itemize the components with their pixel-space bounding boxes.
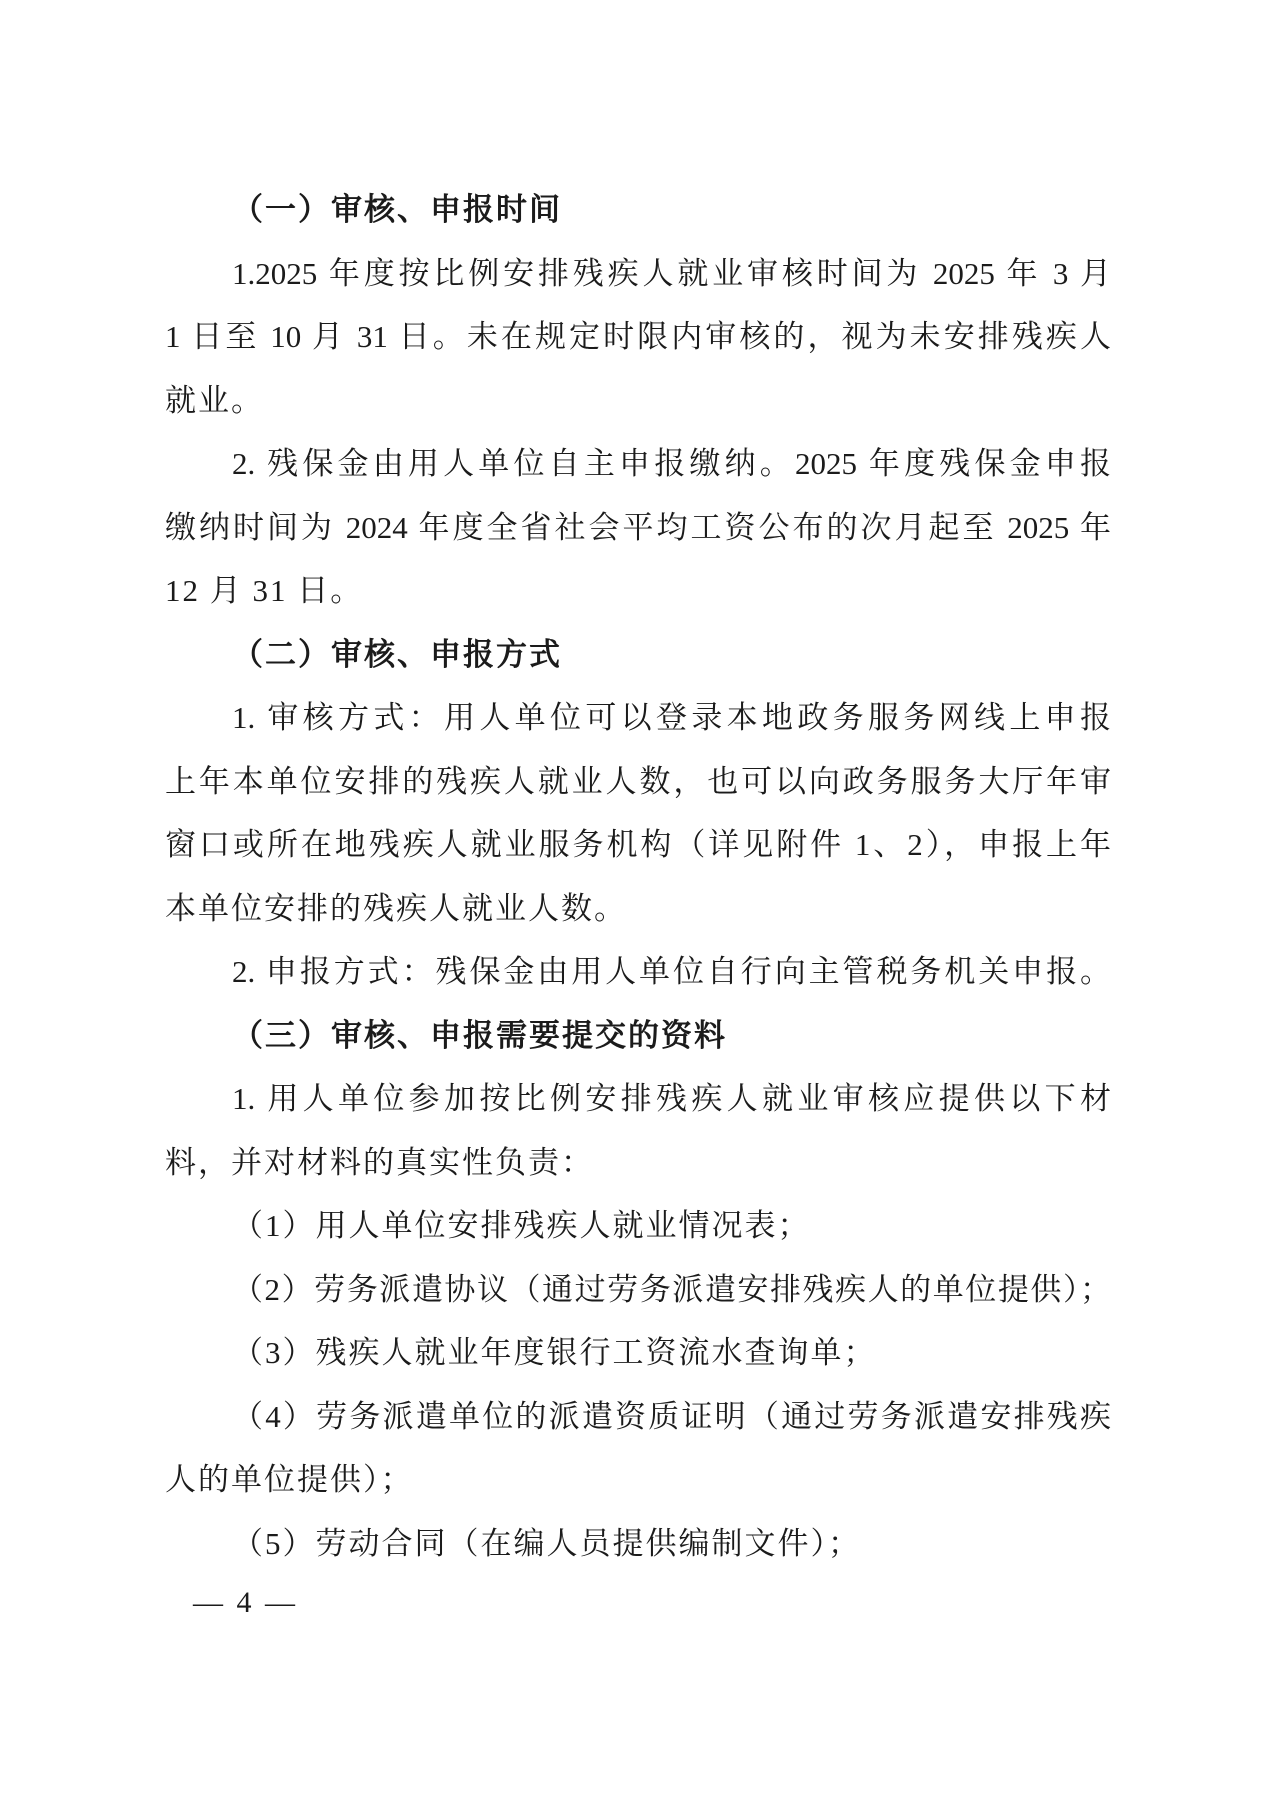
heading-review-reporting-time: （一）审核、申报时间 xyxy=(165,178,1111,242)
para-materials-intro-line-1: 1. 用人单位参加按比例安排残疾人就业审核应提供以下材 xyxy=(165,1067,1111,1131)
list-item-4-line-2: 人的单位提供）； xyxy=(165,1448,1111,1512)
para-audit-time-line-1: 1.2025 年度按比例安排残疾人就业审核时间为 2025 年 3 月 xyxy=(165,242,1111,306)
list-item-4-line-1: （4）劳务派遣单位的派遣资质证明（通过劳务派遣安排残疾 xyxy=(165,1385,1111,1449)
list-item-5: （5）劳动合同（在编人员提供编制文件）； xyxy=(165,1512,1111,1576)
heading-review-reporting-method: （二）审核、申报方式 xyxy=(165,623,1111,687)
page-number: — 4 — xyxy=(193,1571,298,1635)
para-audit-method-line-1: 1. 审核方式：用人单位可以登录本地政务服务网线上申报 xyxy=(165,686,1111,750)
para-audit-time-line-3: 就业。 xyxy=(165,369,1111,433)
para-audit-method-line-3: 窗口或所在地残疾人就业服务机构（详见附件 1、2），申报上年 xyxy=(165,813,1111,877)
para-audit-time-line-2: 1 日至 10 月 31 日。未在规定时限内审核的，视为未安排残疾人 xyxy=(165,305,1111,369)
para-fund-declare-line-2: 缴纳时间为 2024 年度全省社会平均工资公布的次月起至 2025 年 xyxy=(165,496,1111,560)
list-item-1: （1）用人单位安排残疾人就业情况表； xyxy=(165,1194,1111,1258)
para-fund-declare-line-1: 2. 残保金由用人单位自主申报缴纳。2025 年度残保金申报 xyxy=(165,432,1111,496)
list-item-2: （2）劳务派遣协议（通过劳务派遣安排残疾人的单位提供）； xyxy=(165,1258,1111,1322)
para-declare-method: 2. 申报方式：残保金由用人单位自行向主管税务机关申报。 xyxy=(165,940,1111,1004)
document-page: （一）审核、申报时间 1.2025 年度按比例安排残疾人就业审核时间为 2025… xyxy=(0,0,1280,1811)
para-audit-method-line-2: 上年本单位安排的残疾人就业人数，也可以向政务服务大厅年审 xyxy=(165,750,1111,814)
para-audit-method-line-4: 本单位安排的残疾人就业人数。 xyxy=(165,877,1111,941)
para-fund-declare-line-3: 12 月 31 日。 xyxy=(165,559,1111,623)
list-item-3: （3）残疾人就业年度银行工资流水查询单； xyxy=(165,1321,1111,1385)
document-body: （一）审核、申报时间 1.2025 年度按比例安排残疾人就业审核时间为 2025… xyxy=(165,178,1111,1575)
heading-required-materials: （三）审核、申报需要提交的资料 xyxy=(165,1004,1111,1068)
para-materials-intro-line-2: 料，并对材料的真实性负责： xyxy=(165,1131,1111,1195)
